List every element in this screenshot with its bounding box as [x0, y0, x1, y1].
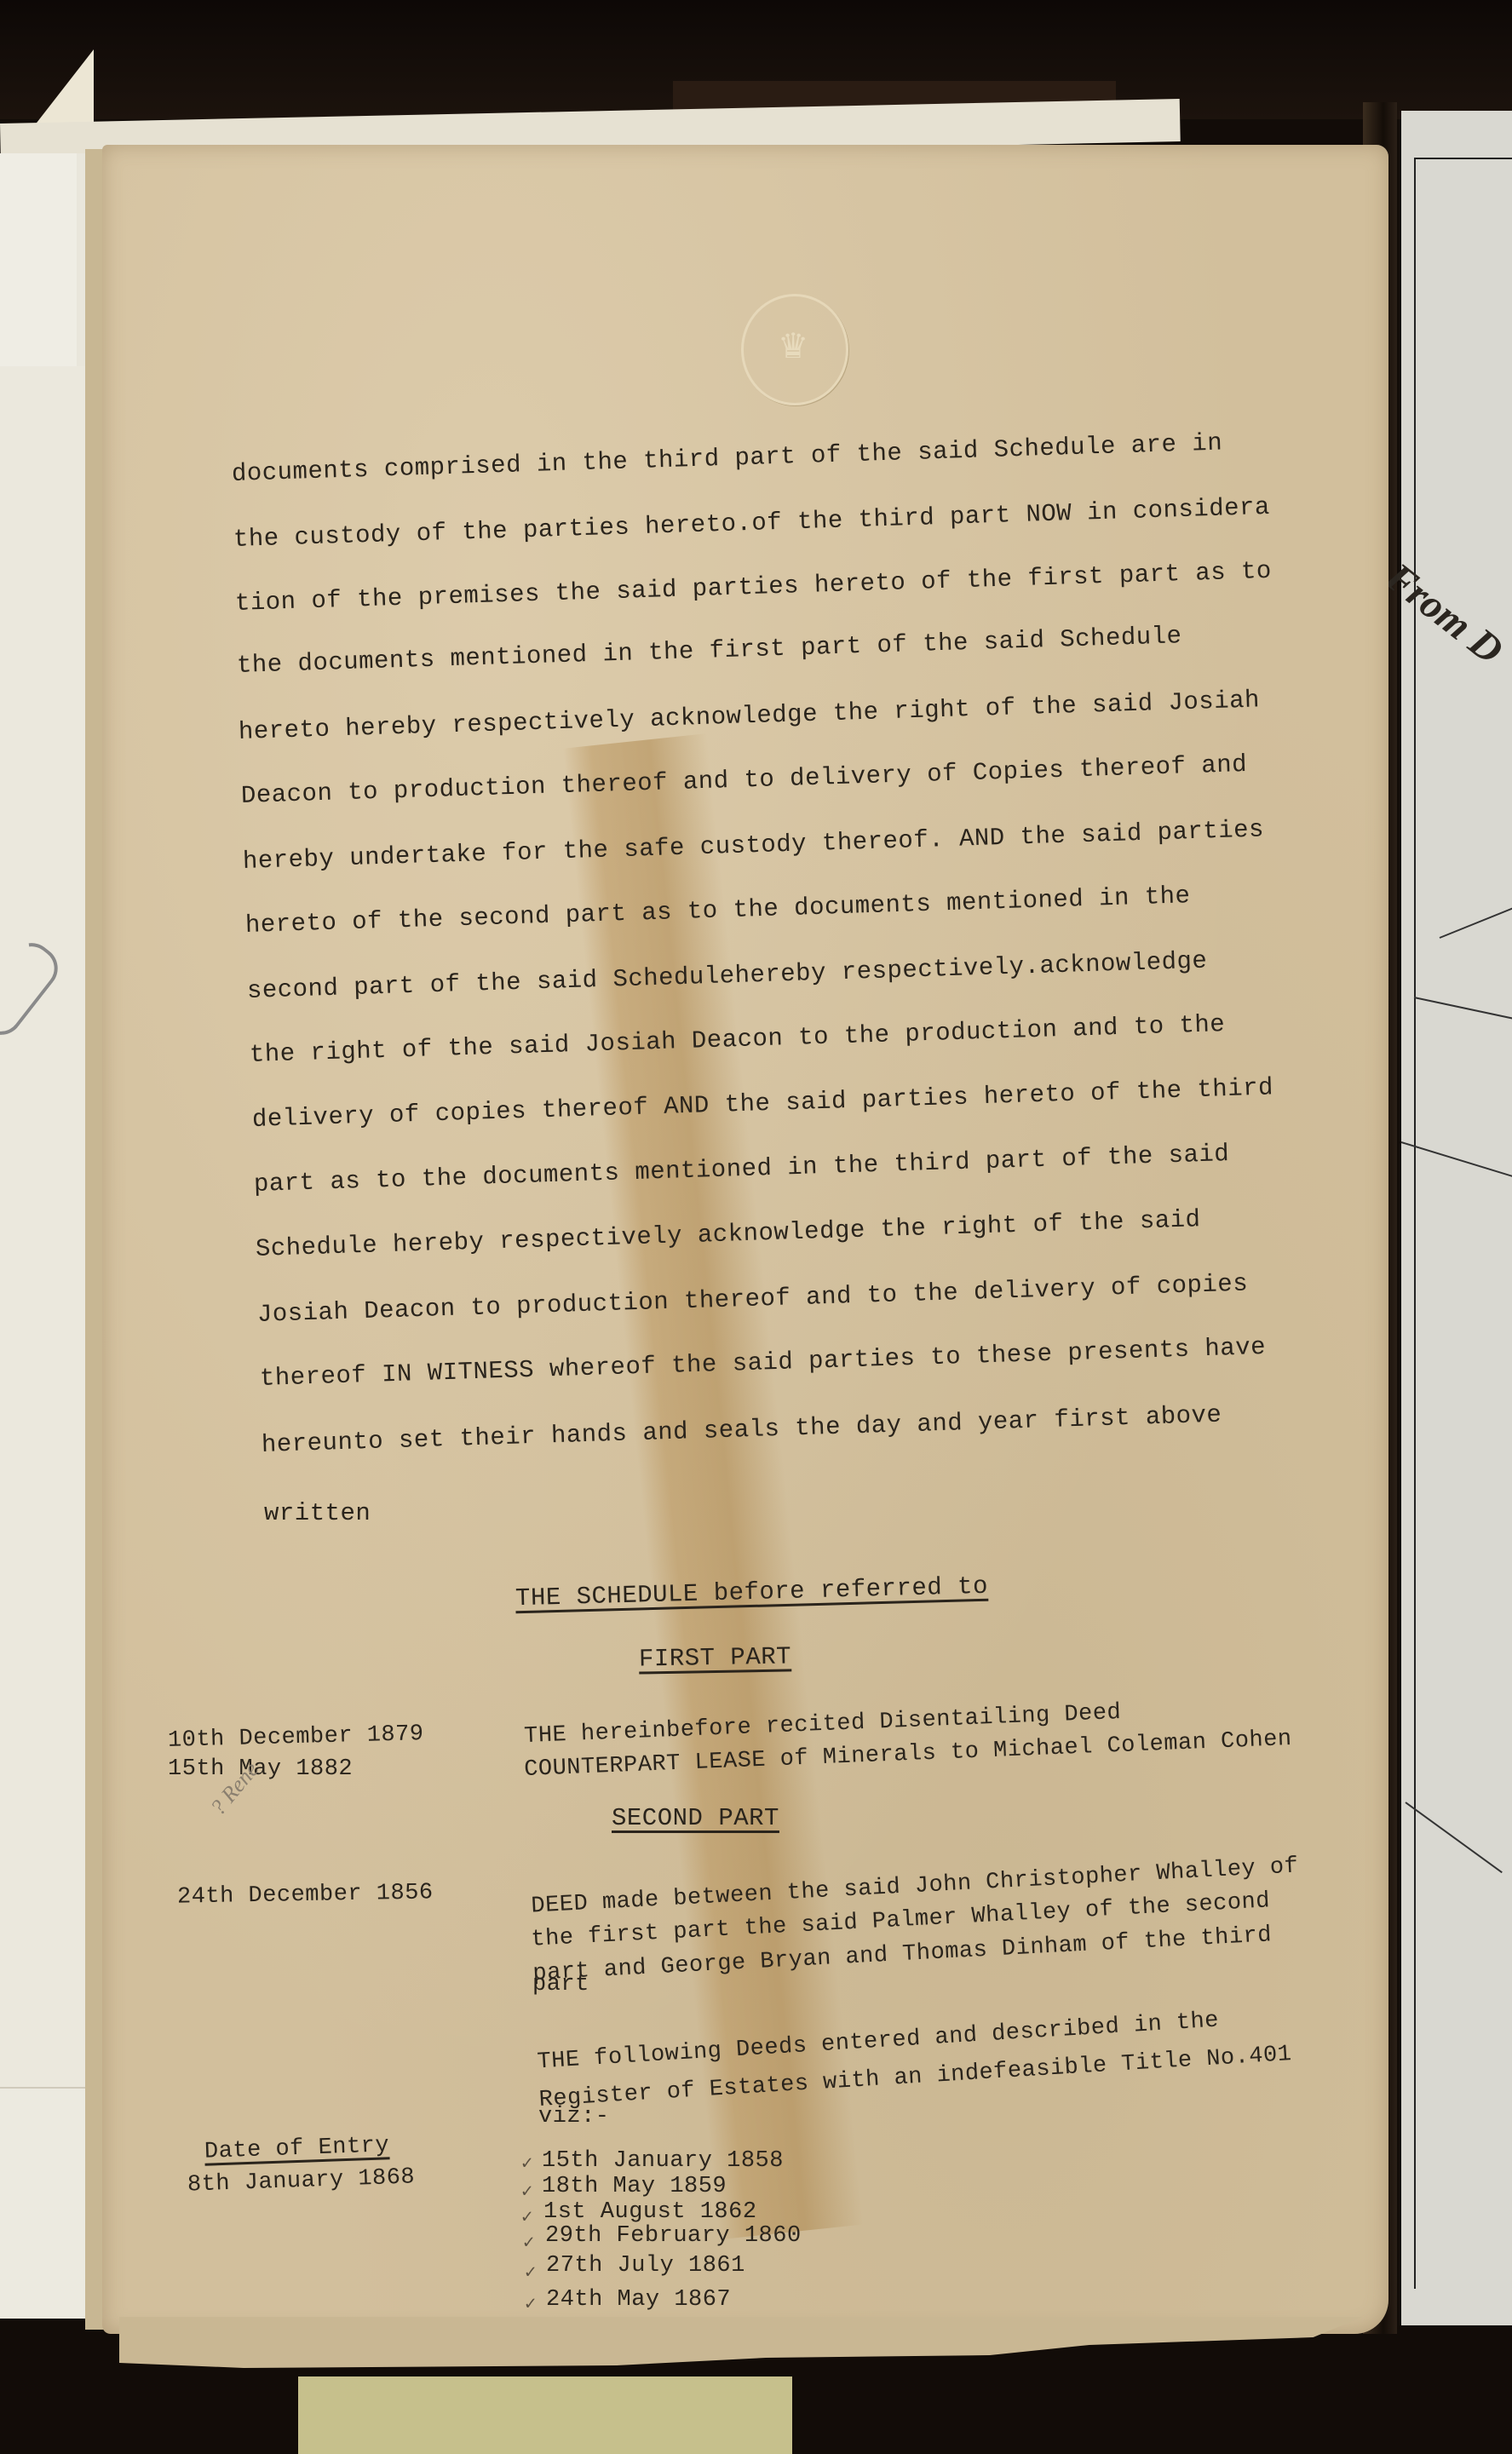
- facing-page-frame: [1414, 158, 1512, 2289]
- deed-date-item: 18th May 1859: [542, 2174, 727, 2199]
- royal-crest-icon: ♛: [767, 322, 819, 373]
- first-part-heading: FIRST PART: [639, 1642, 792, 1673]
- second-part-deed-date: 24th December 1856: [177, 1880, 434, 1910]
- deed-date-item: 24th May 1867: [546, 2287, 731, 2313]
- deed-date-item: 1st August 1862: [543, 2199, 757, 2225]
- second-part-deed-line: part: [532, 1972, 589, 1997]
- following-deeds-line: viz:-: [538, 2104, 610, 2129]
- tick-mark-icon: ✓: [525, 2261, 536, 2284]
- tick-mark-icon: ✓: [521, 2206, 532, 2228]
- paperclip-icon: [0, 934, 66, 1044]
- deed-date-item: 15th January 1858: [542, 2148, 784, 2174]
- left-sheet-upper: [0, 153, 77, 368]
- torn-page-edge: [119, 2317, 1363, 2368]
- deed-date-item: 27th July 1861: [546, 2253, 745, 2279]
- embossed-seal: ♛: [741, 294, 848, 405]
- second-part-heading: SECOND PART: [612, 1804, 779, 1832]
- tick-mark-icon: ✓: [523, 2232, 534, 2254]
- underlying-yellow-sheet: [298, 2376, 792, 2454]
- tick-mark-icon: ✓: [521, 2152, 532, 2175]
- tick-mark-icon: ✓: [521, 2181, 532, 2203]
- deed-date-item: 29th February 1860: [545, 2223, 802, 2249]
- body-line: written: [264, 1499, 371, 1527]
- page-stack-edge: [85, 149, 104, 2330]
- tick-mark-icon: ✓: [525, 2293, 536, 2315]
